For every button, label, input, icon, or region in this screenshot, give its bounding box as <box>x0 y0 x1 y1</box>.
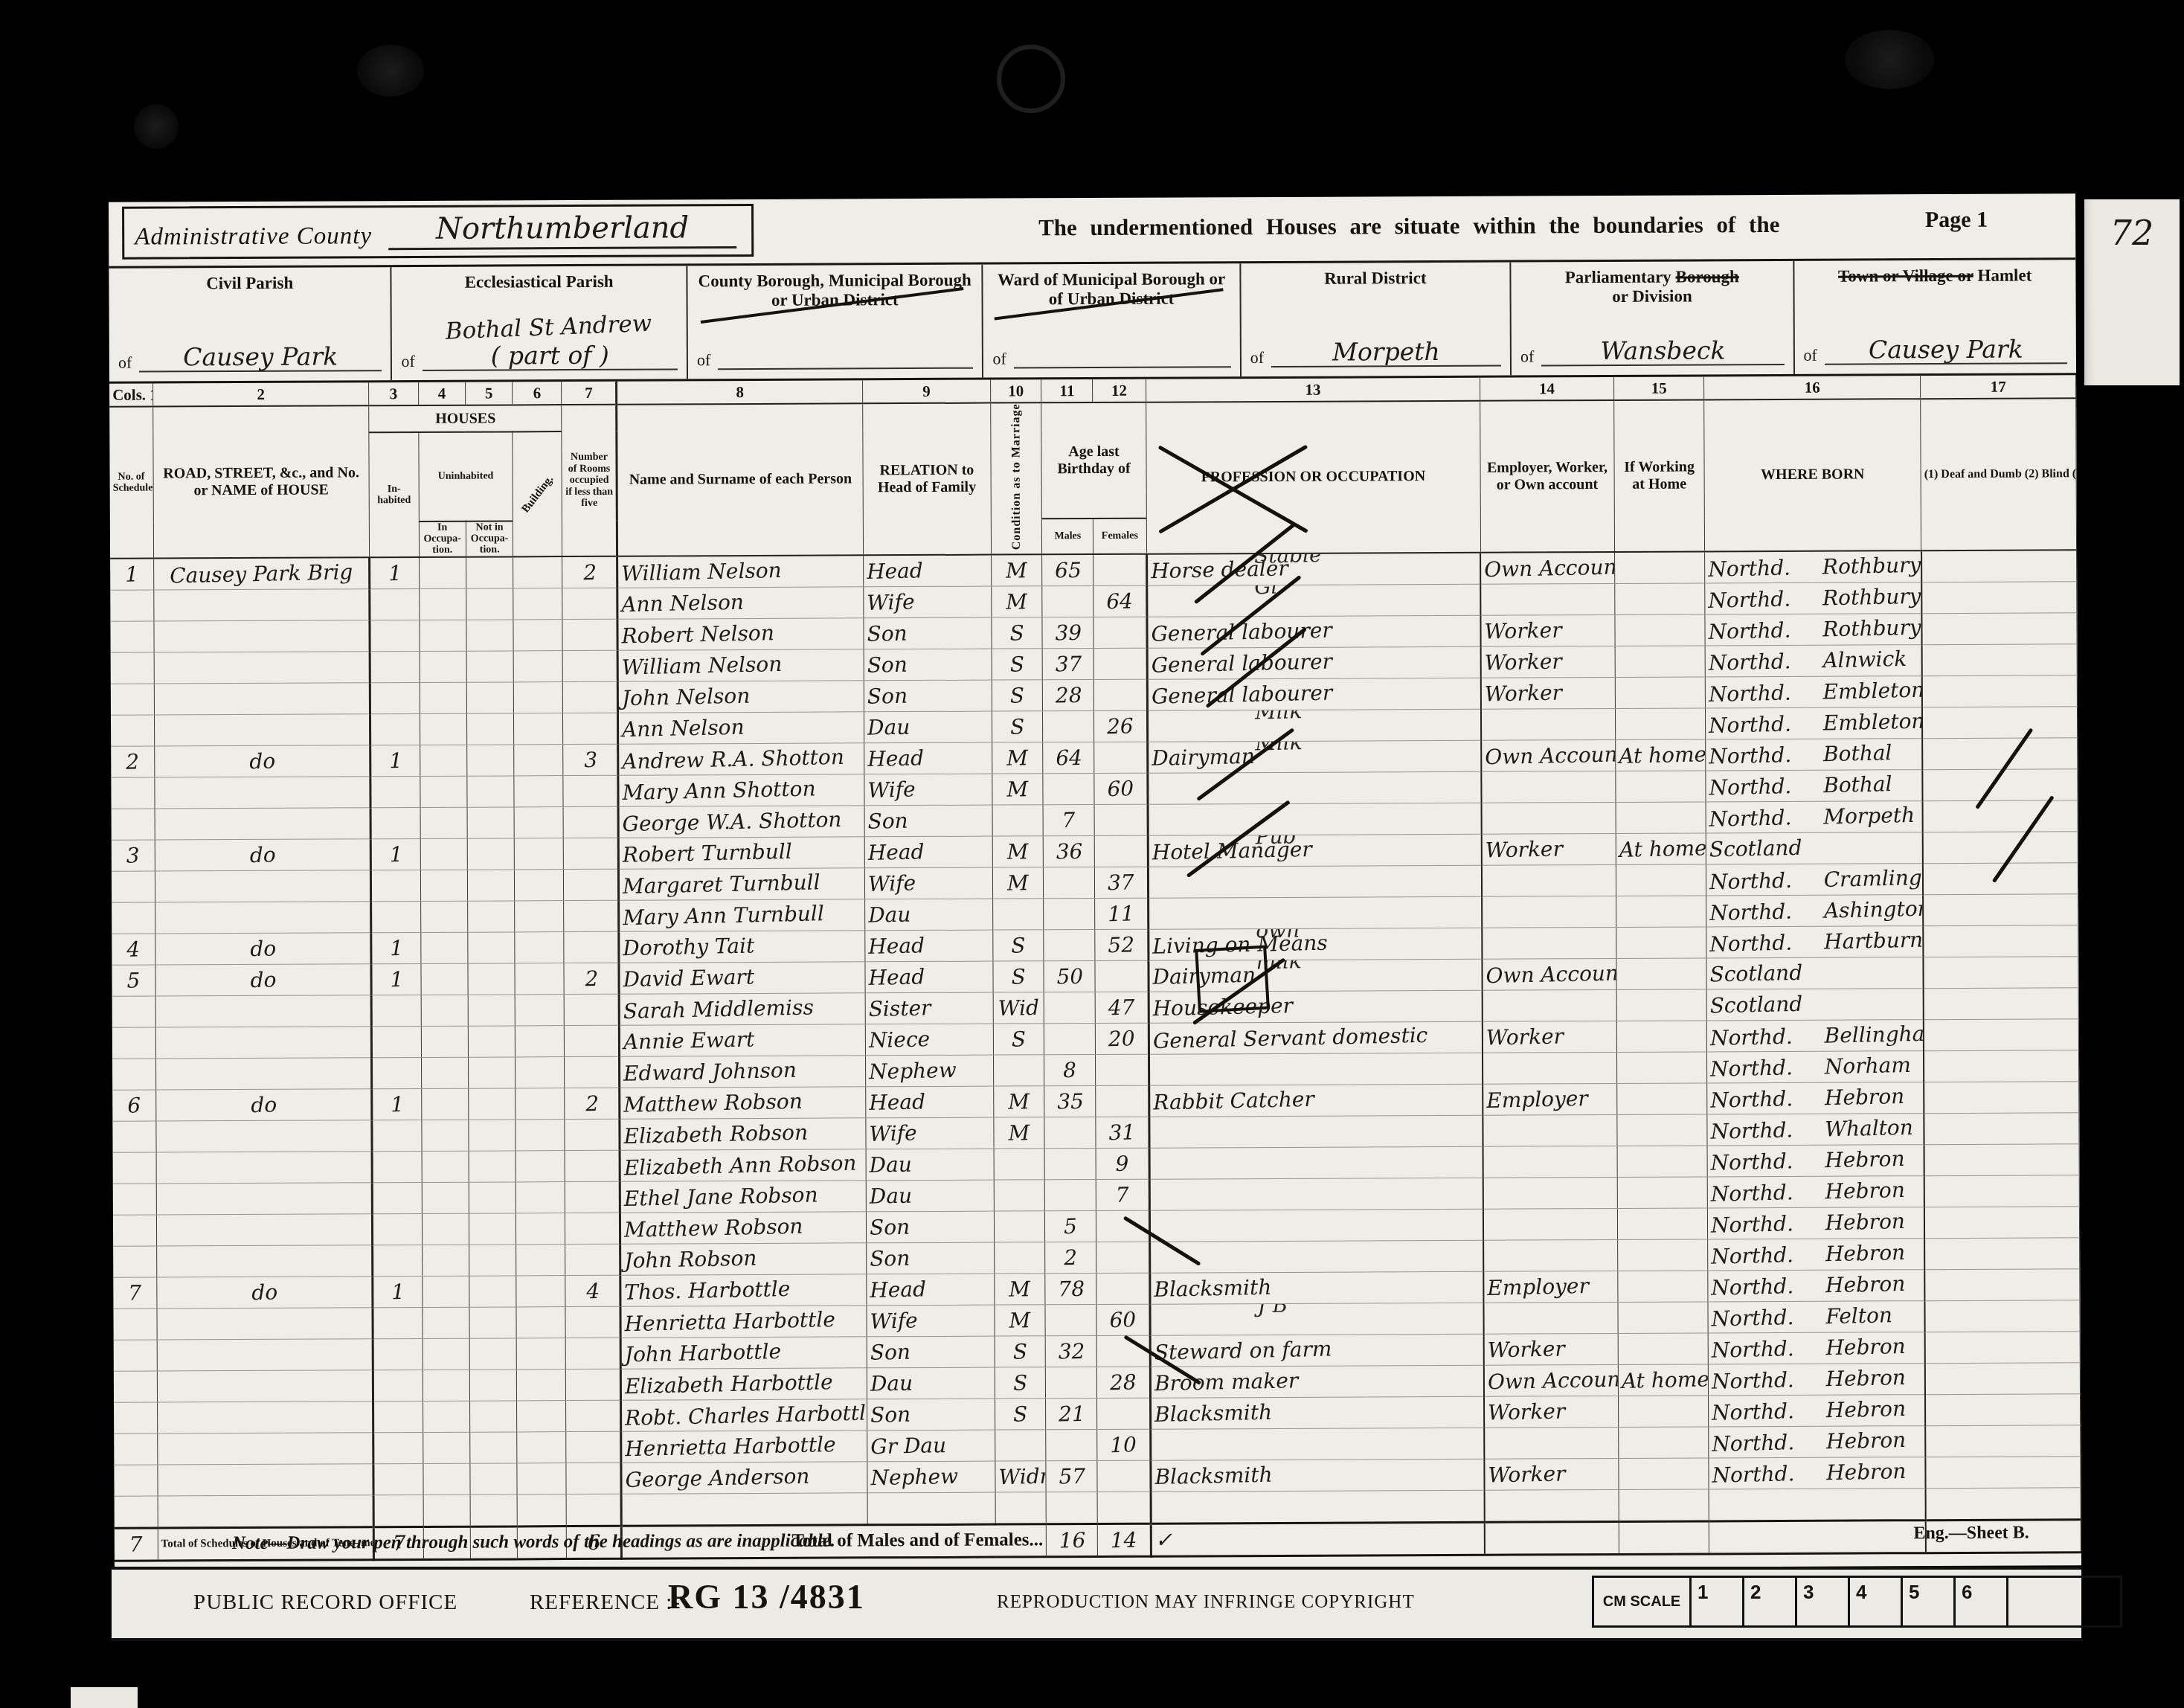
cell-schedule <box>113 1215 156 1246</box>
cell-condition: S <box>993 1024 1044 1055</box>
cell-employer: Employer <box>1484 1271 1618 1303</box>
cell-rooms <box>564 900 619 931</box>
of-label: of <box>1803 346 1817 365</box>
cell-age_f: 20 <box>1096 1023 1149 1054</box>
cell-in_occ <box>419 557 466 589</box>
cell-relation: Head <box>864 554 992 586</box>
district-ward: Ward of Municipal Borough or of Urban Di… <box>983 263 1242 378</box>
cell-inhabited <box>372 1151 421 1182</box>
cell-road: Causey Park Brig <box>153 557 370 590</box>
cell-age_f <box>1096 1085 1149 1117</box>
cell-schedule <box>113 1309 156 1340</box>
cell-name: Henrietta Harbottle <box>621 1431 867 1463</box>
cell-not_occ <box>466 620 514 651</box>
cell-condition: M <box>992 586 1043 617</box>
cell-condition: M <box>992 836 1044 867</box>
cell-road <box>156 1183 373 1215</box>
cell-infirmity <box>1924 1082 2079 1114</box>
cell-infirmity <box>1921 613 2077 645</box>
cell-building <box>515 869 564 900</box>
cell-name: Ethel Jane Robson <box>620 1181 867 1213</box>
copyright-notice: REPRODUCTION MAY INFRINGE COPYRIGHT <box>997 1592 1415 1613</box>
cell-employer <box>1485 1427 1619 1459</box>
cell-age_m <box>1043 773 1094 804</box>
cell-in_occ <box>422 1276 469 1307</box>
cell-occupation <box>1149 1178 1484 1210</box>
cell-age_m: 65 <box>1042 554 1093 586</box>
cell-age_m: 50 <box>1044 960 1095 992</box>
cell-road <box>157 1339 373 1371</box>
cell-age_f: 52 <box>1095 929 1149 960</box>
cell-at_home <box>1616 864 1706 896</box>
cell-schedule <box>111 652 154 684</box>
cell-road: do <box>154 745 370 777</box>
cell-not_occ <box>467 745 515 776</box>
cell-name: David Ewart <box>619 962 865 994</box>
cell-relation: Dau <box>867 1367 995 1399</box>
cell-name: Matthew Robson <box>620 1087 866 1119</box>
cell-schedule <box>114 1402 157 1433</box>
cell-inhabited <box>373 1307 422 1338</box>
cell-rooms: 2 <box>562 556 617 588</box>
rural-district-label: Rural District <box>1248 269 1502 289</box>
cell-in_occ <box>423 1432 470 1463</box>
cell-age_m <box>1044 929 1095 960</box>
cell-employer <box>1483 1208 1617 1240</box>
cell-building <box>516 1088 565 1119</box>
cell-employer <box>1482 864 1616 896</box>
cell-at_home <box>1618 1302 1709 1334</box>
cell-name: Mary Ann Shotton <box>618 774 864 806</box>
cell-occupation: Hotel ManagerPub <box>1148 834 1483 867</box>
cell-building <box>515 900 564 931</box>
cell-rooms <box>566 1400 621 1431</box>
cell-rooms <box>566 1431 621 1463</box>
cell-age_m: 8 <box>1044 1054 1096 1085</box>
cell-where_born: Northd. Hebron <box>1708 1176 1924 1208</box>
cell-building <box>516 994 565 1025</box>
cell-schedule <box>111 715 154 746</box>
cell-in_occ <box>422 1307 469 1338</box>
cell-road <box>155 777 371 809</box>
page-edge-sliver <box>71 1687 138 1708</box>
col-not-in-occupation: Not in Occupa-tion. <box>466 521 513 556</box>
cell-not_occ <box>469 1151 516 1182</box>
cell-not_occ <box>467 838 515 870</box>
cell-occupation: Rabbit Catcher <box>1149 1084 1483 1117</box>
scanned-census-page: { "page": { "archive_number": "72", "pag… <box>0 0 2184 1708</box>
cell-infirmity <box>1924 1207 2079 1239</box>
cell-where_born: Northd. Cramlington <box>1706 864 1923 896</box>
cell-condition <box>993 1055 1044 1086</box>
cell-schedule: 2 <box>111 746 154 777</box>
col-name: Name and Surname of each Person <box>617 403 863 556</box>
town-hamlet-label: Town or Village or Hamlet <box>1802 266 2069 286</box>
cell-at_home <box>1615 677 1706 709</box>
cell-name: Elizabeth Harbottle <box>621 1368 867 1400</box>
col-occupation: PROFESSION OR OCCUPATION <box>1146 401 1480 554</box>
cell-occupation: General labourer <box>1147 646 1482 679</box>
county-borough-label: County Borough, Municipal Borough or Urb… <box>695 271 974 310</box>
cell-schedule: 7 <box>113 1277 156 1309</box>
cell-rooms <box>563 681 618 713</box>
cell-condition <box>995 1430 1046 1461</box>
cell-relation: Wife <box>864 867 992 899</box>
cell-where_born: Northd. Hebron <box>1708 1239 1924 1271</box>
cell-relation: Dau <box>865 899 993 931</box>
scale-tick: 2 <box>1744 1576 1797 1628</box>
cell-occupation <box>1149 1146 1484 1179</box>
cell-road: do <box>155 964 372 996</box>
cell-building <box>515 963 564 994</box>
cell-condition: M <box>995 1274 1046 1305</box>
cell-road <box>157 1370 373 1402</box>
cell-condition: S <box>992 649 1043 680</box>
civil-parish-label: Civil Parish <box>116 273 383 293</box>
cell-condition <box>994 1242 1045 1274</box>
cell-infirmity <box>1924 1050 2079 1082</box>
cell-employer: Worker <box>1481 614 1615 646</box>
cell-employer <box>1482 771 1616 803</box>
of-label: of <box>118 353 132 373</box>
cell-age_f <box>1094 835 1148 867</box>
of-label: of <box>1520 347 1534 366</box>
cell-relation: Head <box>866 1086 994 1118</box>
cell-relation: Nephew <box>865 1055 993 1087</box>
col-where-born: WHERE BORN <box>1704 399 1921 551</box>
cell-name: John Robson <box>620 1243 867 1275</box>
cell-name: Ann Nelson <box>617 587 864 619</box>
cell-name: Henrietta Harbottle <box>620 1306 867 1338</box>
cell-at_home <box>1619 1458 1709 1490</box>
cell-age_f <box>1096 1335 1150 1367</box>
cell-where_born: Northd. Hebron <box>1708 1332 1924 1364</box>
col-road: ROAD, STREET, &c., and No. or NAME of HO… <box>152 405 370 558</box>
cell-where_born: Scotland <box>1706 989 1923 1021</box>
col-building: Building. <box>513 431 562 556</box>
cell-age_m: 32 <box>1046 1335 1097 1367</box>
cell-age_m <box>1044 867 1095 898</box>
cell-not_occ <box>469 1088 516 1120</box>
cell-not_occ <box>467 870 515 901</box>
cell-in_occ <box>421 1057 469 1088</box>
cell-age_f: 9 <box>1096 1148 1149 1179</box>
cell-infirmity <box>1923 894 2078 926</box>
cell-schedule <box>113 1152 156 1184</box>
cell-age_m <box>1044 898 1095 929</box>
cell-condition: M <box>991 554 1042 586</box>
cell-infirmity <box>1921 582 2077 614</box>
cell-at_home <box>1616 927 1706 959</box>
cell-age_m: 35 <box>1044 1085 1096 1117</box>
cell-age_f <box>1097 1492 1151 1524</box>
cell-at_home <box>1618 1396 1709 1428</box>
cell-inhabited <box>371 870 420 901</box>
col-at-home: If Working at Home <box>1613 399 1704 551</box>
cell-age_m <box>1045 1179 1096 1210</box>
cell-occupation: J B <box>1150 1303 1485 1335</box>
cell-schedule <box>112 1059 155 1090</box>
cell-in_occ <box>420 870 468 901</box>
col-condition: Condition as to Marriage <box>990 402 1042 554</box>
cell-employer <box>1481 583 1615 615</box>
cell-relation: Head <box>864 742 992 774</box>
cell-age_f: 31 <box>1096 1117 1149 1148</box>
cell-relation: Head <box>865 961 993 993</box>
cell-schedule: 6 <box>112 1090 155 1121</box>
scan-noise <box>134 104 179 149</box>
cm-scale-ruler: CM SCALE 1 2 3 4 5 6 <box>1592 1576 2122 1628</box>
cell-building <box>516 1244 565 1275</box>
cell-occupation <box>1149 1115 1483 1148</box>
scale-end <box>2008 1576 2122 1628</box>
cell-at_home <box>1616 771 1706 803</box>
ecclesiastical-parish-label: Ecclesiastical Parish <box>399 272 679 292</box>
cell-occupation <box>1150 1428 1485 1460</box>
footnote: Note—Draw your pen through such words of… <box>232 1531 835 1555</box>
cell-infirmity <box>1924 1144 2079 1176</box>
col-uninhabited: Uninhabited <box>418 431 513 521</box>
cell-in_occ <box>419 588 466 620</box>
cell-rooms <box>566 1463 621 1494</box>
cell-occupation: Blacksmith <box>1150 1459 1485 1492</box>
pen-annotation: own <box>1255 928 1300 943</box>
cell-schedule: 5 <box>112 965 155 996</box>
cell-not_occ <box>466 713 514 745</box>
cell-inhabited <box>373 1338 423 1370</box>
cell-rooms <box>563 775 618 806</box>
cell-road <box>155 995 372 1027</box>
cell-age_m: 64 <box>1043 742 1094 773</box>
cell-building <box>513 588 562 619</box>
cell-building <box>514 650 563 681</box>
cell-road <box>158 1495 374 1528</box>
col-females: Females <box>1093 518 1147 553</box>
cell-building <box>515 838 564 869</box>
cell-in_occ <box>422 1245 469 1276</box>
cell-age_f: 60 <box>1094 773 1148 804</box>
cell-where_born: Northd. Hebron <box>1708 1207 1924 1239</box>
cell-in_occ <box>420 713 467 745</box>
pen-annotation: Stable <box>1253 553 1321 568</box>
cell-employer <box>1484 1239 1618 1271</box>
cell-relation: Wife <box>864 774 992 806</box>
of-label: of <box>992 350 1006 369</box>
cell-inhabited <box>372 1026 421 1057</box>
cell-at_home <box>1616 989 1707 1021</box>
cell-road <box>154 620 370 652</box>
cell-relation: Wife <box>867 1305 995 1337</box>
cell-inhabited <box>373 1463 423 1494</box>
cell-infirmity <box>1924 1332 2080 1364</box>
cell-at_home: At home <box>1615 739 1706 771</box>
cell-building <box>514 681 563 713</box>
cell-rooms <box>563 713 618 744</box>
cell-rooms <box>564 806 619 838</box>
cell-condition: S <box>993 930 1044 961</box>
cell-age_f <box>1097 1460 1151 1492</box>
cell-relation: Son <box>867 1399 995 1431</box>
cell-condition: Widr <box>995 1461 1047 1492</box>
cell-age_m <box>1044 1023 1096 1054</box>
cell-inhabited <box>370 776 420 807</box>
cell-condition: M <box>992 867 1044 899</box>
cell-occupation: General labourer <box>1147 678 1482 710</box>
tally-check: ✓ <box>1154 1527 1172 1553</box>
cell-occupation <box>1151 1490 1486 1524</box>
reference-value: RG 13 /4831 <box>668 1577 865 1616</box>
cell-name: Andrew R.A. Shotton <box>618 743 864 775</box>
col-males: Males <box>1042 518 1093 554</box>
cell-inhabited <box>374 1494 423 1526</box>
cell-age_f <box>1094 804 1148 835</box>
cell-name: Margaret Turnbull <box>619 868 865 900</box>
administrative-county-box: Administrative County Northumberland <box>122 204 754 260</box>
cell-occupation: DairymanMilk <box>1147 740 1482 773</box>
cell-at_home <box>1616 896 1706 928</box>
cell-rooms <box>565 1150 620 1181</box>
cell-at_home <box>1616 802 1706 834</box>
cell-road <box>153 589 370 621</box>
cell-rooms <box>564 838 619 869</box>
cell-at_home <box>1616 1021 1707 1053</box>
cell-schedule <box>114 1433 157 1465</box>
cell-condition <box>995 1492 1047 1524</box>
cell-age_m: 78 <box>1045 1273 1096 1304</box>
cell-in_occ <box>420 745 467 776</box>
sheet-reference: Eng.—Sheet B. <box>1913 1524 2029 1544</box>
cell-where_born: Northd. Alnwick <box>1705 645 1921 677</box>
cell-relation: Wife <box>864 586 992 618</box>
cell-not_occ <box>469 1401 517 1432</box>
cell-employer: Own Account <box>1483 958 1616 990</box>
cell-rooms <box>562 619 617 650</box>
cell-in_occ <box>421 995 469 1026</box>
cell-where_born: Northd. Bothal <box>1706 770 1922 802</box>
cell-where_born: Northd. Hebron <box>1709 1364 1925 1396</box>
cell-name: Robert Nelson <box>617 618 864 650</box>
cell-condition: S <box>993 961 1044 992</box>
col-inhabited: In-habited <box>369 432 419 557</box>
pen-annotation-box <box>1195 945 1270 1013</box>
cell-name <box>622 1493 868 1526</box>
cell-inhabited <box>370 807 420 838</box>
cell-infirmity <box>1924 1300 2080 1332</box>
cell-condition <box>994 1211 1045 1242</box>
cell-at_home <box>1617 1208 1708 1240</box>
cell-occupation <box>1148 803 1483 835</box>
cell-at_home <box>1619 1489 1709 1522</box>
cell-in_occ <box>420 901 468 932</box>
cell-in_occ <box>423 1338 470 1370</box>
cell-schedule <box>110 621 153 652</box>
col-in-occupation: In Occupa-tion. <box>419 521 466 556</box>
cell-age_f: 11 <box>1095 898 1149 929</box>
archive-number: 72 <box>2084 213 2180 253</box>
cell-where_born: Northd. Bothal <box>1706 739 1922 771</box>
cell-inhabited <box>372 1120 421 1151</box>
cell-inhabited <box>370 713 420 745</box>
cell-at_home: At home <box>1618 1364 1709 1396</box>
scan-noise <box>1845 30 1934 89</box>
scale-tick: 4 <box>1850 1576 1903 1628</box>
cell-relation <box>867 1492 995 1525</box>
cell-building <box>516 1306 565 1338</box>
cell-inhabited: 1 <box>371 932 420 963</box>
cell-rooms <box>566 1338 621 1369</box>
cell-schedule <box>112 871 155 902</box>
cell-age_m: 36 <box>1044 835 1095 867</box>
scale-tick: 5 <box>1903 1576 1956 1628</box>
cell-name: Thos. Harbottle <box>620 1274 867 1306</box>
cell-building <box>513 556 562 588</box>
cell-where_born: Northd. Hebron <box>1709 1426 1925 1458</box>
cell-inhabited <box>370 620 419 651</box>
cell-where_born: Northd. Rothbury <box>1705 582 1921 614</box>
parliamentary-value: Wansbeck <box>1541 338 1784 366</box>
cell-schedule <box>114 1340 157 1371</box>
cell-inhabited <box>370 682 420 713</box>
cell-age_f <box>1093 679 1147 710</box>
ward-label: Ward of Municipal Borough or of Urban Di… <box>991 269 1233 309</box>
cell-infirmity <box>1925 1425 2081 1457</box>
of-label: of <box>1250 348 1264 367</box>
cell-condition: M <box>995 1305 1046 1336</box>
cell-inhabited: 1 <box>371 963 420 995</box>
cell-where_born: Northd. Rothbury <box>1705 550 1921 583</box>
cell-age_m <box>1042 585 1093 617</box>
cell-where_born: Northd. Whalton <box>1707 1114 1924 1146</box>
cell-employer: Worker <box>1481 646 1615 678</box>
cell-schedule <box>112 996 155 1027</box>
cell-at_home: At home <box>1616 833 1706 865</box>
cell-where_born: Northd. Hebron <box>1708 1270 1924 1302</box>
scan-noise <box>997 45 1065 113</box>
cell-employer <box>1483 927 1616 959</box>
cell-occupation: Milk <box>1147 709 1482 742</box>
cell-in_occ <box>420 682 467 713</box>
cell-occupation: Steward on farm <box>1150 1334 1485 1367</box>
cell-age_m: 21 <box>1046 1398 1097 1429</box>
cell-age_m: 2 <box>1045 1242 1096 1273</box>
cell-infirmity <box>1922 738 2078 770</box>
cell-relation: Son <box>867 1242 995 1274</box>
cell-not_occ <box>469 1182 516 1213</box>
cell-not_occ <box>469 1307 517 1338</box>
cell-rooms <box>566 1369 621 1400</box>
cell-employer <box>1481 708 1615 740</box>
cell-in_occ <box>421 1120 469 1151</box>
of-label: of <box>697 350 710 370</box>
administrative-county-label: Administrative County <box>135 222 372 251</box>
cell-road <box>155 808 371 840</box>
cell-infirmity <box>1923 988 2078 1020</box>
cell-employer: Employer <box>1483 1083 1617 1115</box>
cell-name: John Harbottle <box>621 1337 867 1369</box>
cell-infirmity <box>1921 644 2077 676</box>
cell-relation: Sister <box>865 992 993 1024</box>
cell-age_m <box>1046 1429 1097 1460</box>
cell-inhabited <box>373 1245 422 1276</box>
cell-name: Edward Johnson <box>620 1056 866 1088</box>
cell-inhabited <box>372 995 421 1026</box>
page-number: Page 1 <box>1925 208 1988 233</box>
cm-scale-label: CM SCALE <box>1592 1576 1692 1628</box>
cell-age_m <box>1045 1148 1096 1179</box>
cell-rooms <box>565 994 620 1025</box>
cell-relation: Gr Dau <box>867 1430 995 1462</box>
cell-building <box>517 1338 566 1369</box>
